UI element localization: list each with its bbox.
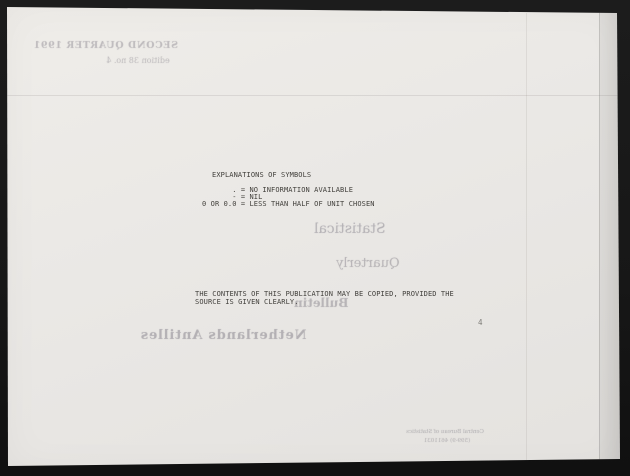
photo-background: SECOND QUARTER 1991 edition 38 no. 4 Sta… — [0, 0, 630, 476]
bleedthrough-quarter-text: SECOND QUARTER 1991 — [60, 40, 178, 51]
copy-permission-notice: THE CONTENTS OF THIS PUBLICATION MAY BE … — [195, 290, 454, 306]
page-edge-strip — [599, 11, 621, 461]
symbols-section-title: EXPLANATIONS OF SYMBOLS — [212, 172, 311, 179]
page-number: 4 — [478, 318, 483, 327]
bleedthrough-title-quarterly: Quarterly — [336, 256, 400, 271]
bleedthrough-publisher-contact-text: (599-9) 4611031 — [412, 438, 482, 444]
symbols-explanation-list: . = NO INFORMATION AVAILABLE - = NIL 0 O… — [202, 187, 375, 207]
bleedthrough-publisher-text: Central Bureau of Statistics — [406, 429, 484, 435]
bleedthrough-edition-text: edition 38 no. 4 — [98, 56, 178, 65]
vertical-crease-line — [526, 13, 527, 460]
paper-page: SECOND QUARTER 1991 edition 38 no. 4 Sta… — [0, 0, 630, 476]
bleedthrough-title-statistical: Statistical — [314, 221, 386, 237]
bleedthrough-title-netherlands-antilles: Netherlands Antilles — [140, 328, 306, 343]
